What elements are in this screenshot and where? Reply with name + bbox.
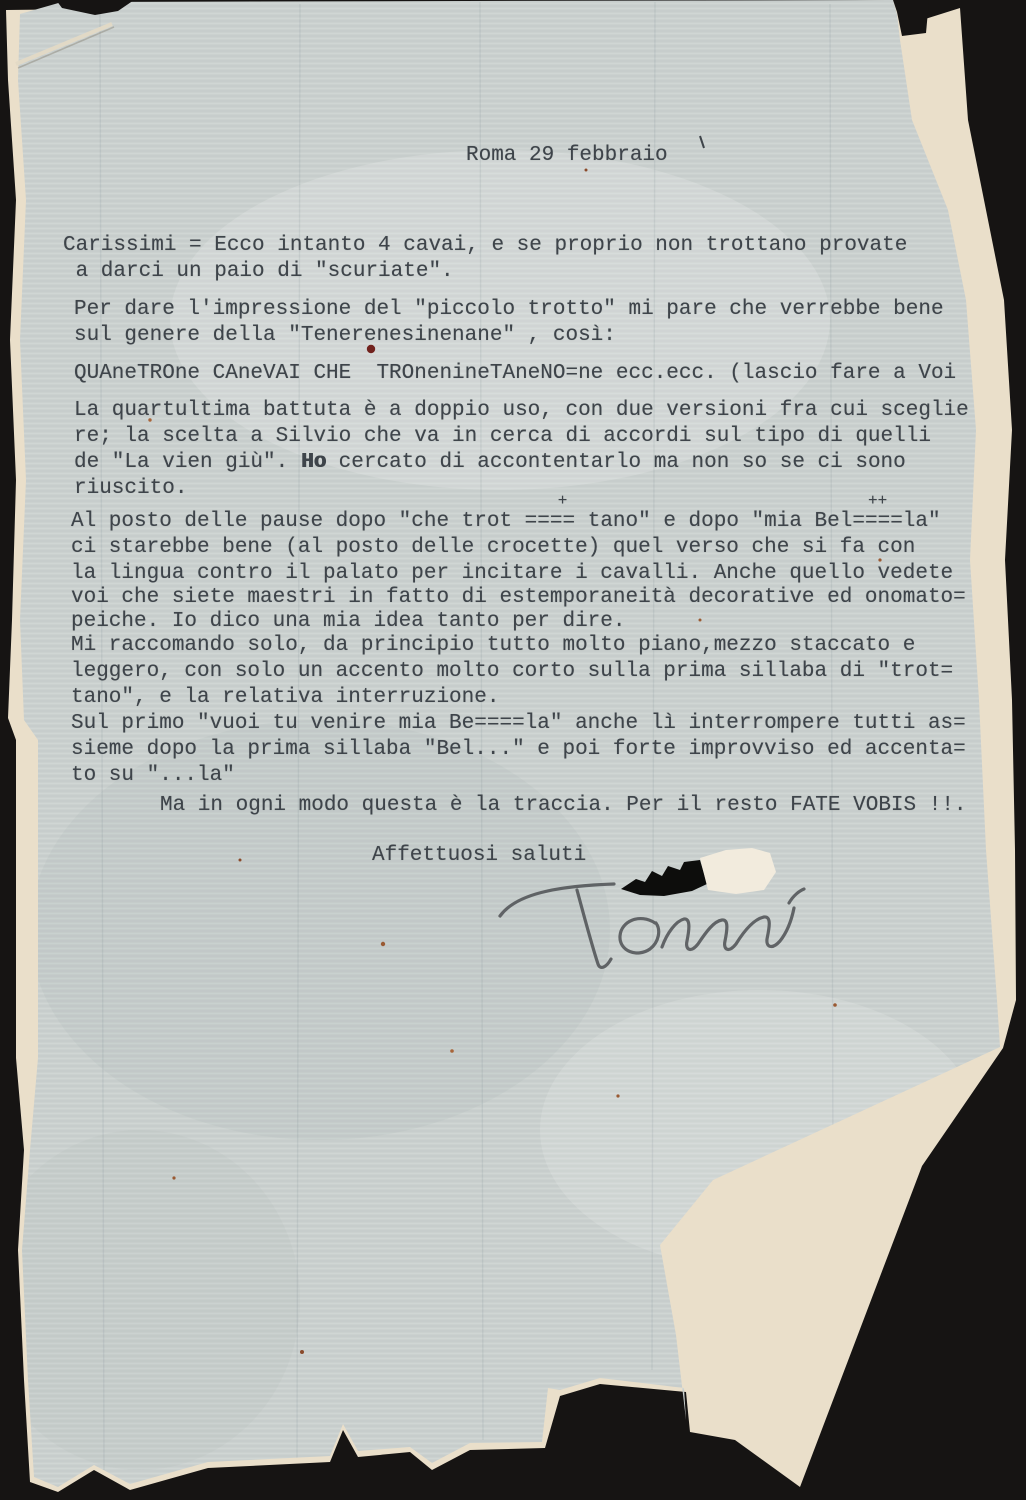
letter-line: re; la scelta a Silvio che va in cerca d… [74, 424, 931, 450]
letter-line: sul genere della "Tenerenesinenane" , co… [74, 323, 616, 349]
letter-line: leggero, con solo un accento molto corto… [71, 659, 953, 685]
line-segment: =la" [890, 510, 940, 533]
closing-line: Ma in ogni modo questa è la traccia. Per… [160, 793, 967, 819]
date-line: Roma 29 febbraio [466, 143, 668, 169]
letter-text: Roma 29 febbraio Carissimi = Ecco intant… [0, 0, 1026, 1500]
letter-line: Mi raccomando solo, da principio tutto m… [71, 633, 915, 659]
plus-mark: ++ [868, 494, 887, 508]
letter-line: Sul primo "vuoi tu venire mia Be====la" … [71, 711, 966, 737]
line-segment: Al posto delle pause dopo "che trot == [71, 510, 550, 533]
letter-line: de "La vien giù". Ho cercato di acconten… [74, 450, 906, 476]
letter-line: voi che siete maestri in fatto di estemp… [71, 585, 966, 611]
line-segment: == [550, 510, 575, 533]
plus-mark: + [558, 494, 568, 508]
overstruck-word: Ho [301, 451, 326, 474]
letter-line: a darci un paio di "scuriate". [63, 259, 454, 285]
line-segment: de "La vien giù". [74, 451, 301, 474]
letter-line: tano", e la relativa interruzione. [71, 685, 499, 711]
line-segment: == [865, 510, 890, 533]
letter-line: peiche. Io dico una mia idea tanto per d… [71, 609, 626, 635]
letter-line: Al posto delle pause dopo "che trot ==+=… [71, 509, 941, 535]
cross-over-equals: +== [550, 509, 575, 535]
line-segment: cercato di accontentarlo ma non so se ci… [326, 451, 906, 474]
letter-line: Per dare l'impressione del "piccolo trot… [74, 297, 944, 323]
letter-line: riuscito. [74, 476, 187, 502]
letter-line: sieme dopo la prima sillaba "Bel..." e p… [71, 737, 966, 763]
letter-line: ci starebbe bene (al posto delle crocett… [71, 535, 915, 561]
salutation-line: Affettuosi saluti [372, 843, 586, 869]
letter-line: to su "...la" [71, 763, 235, 789]
letter-line: QUAneTROne CAneVAI CHE TROnenineTAneNO=n… [74, 361, 956, 387]
cross-over-equals: ++== [865, 509, 890, 535]
scanned-letter-page: Roma 29 febbraio Carissimi = Ecco intant… [0, 0, 1026, 1500]
line-segment: tano" e dopo "mia Bel= [575, 510, 865, 533]
letter-line: Carissimi = Ecco intanto 4 cavai, e se p… [63, 233, 907, 259]
letter-line: La quartultima battuta è a doppio uso, c… [74, 398, 969, 424]
letter-line: la lingua contro il palato per incitare … [71, 561, 953, 587]
